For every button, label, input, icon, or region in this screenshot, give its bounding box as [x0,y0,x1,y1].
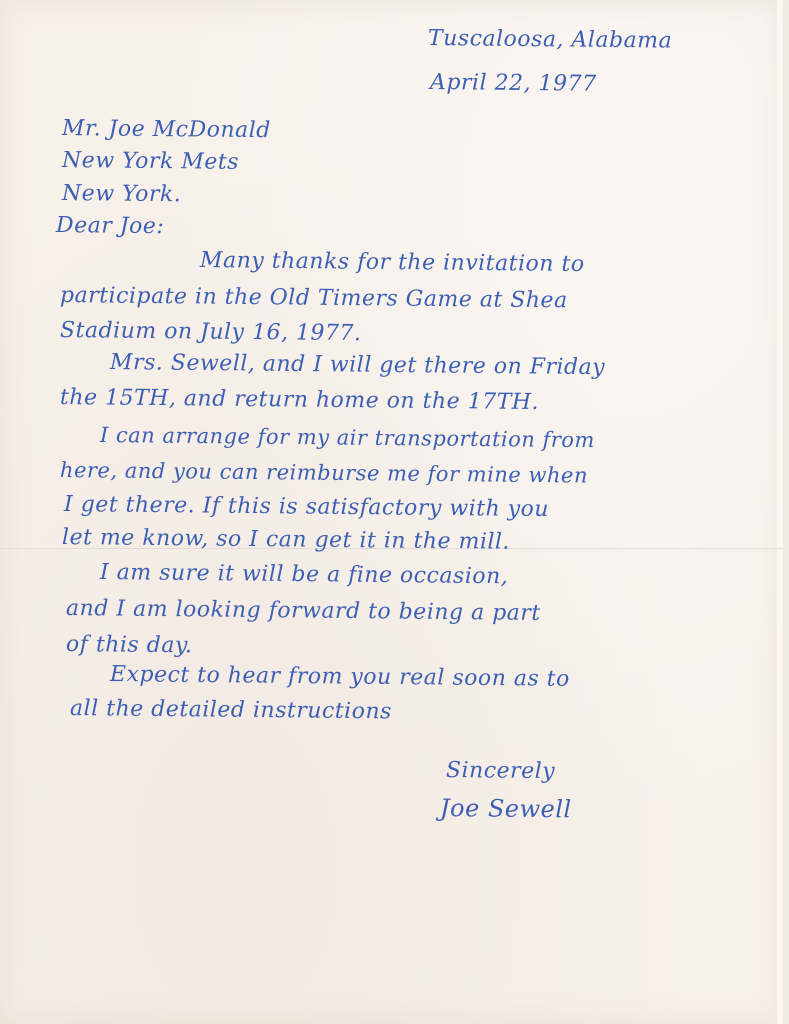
body-line: I get there. If this is satisfactory wit… [64,494,549,521]
salutation: Dear Joe: [56,215,165,238]
body-line: Stadium on July 16, 1977. [60,320,362,345]
body-line: of this day. [66,634,193,657]
body-line: I am sure it will be a fine occasion, [100,562,508,588]
recipient-name: Mr. Joe McDonald [62,118,271,142]
signature: Joe Sewell [440,796,572,821]
heading-place: Tuscaloosa, Alabama [428,28,672,53]
body-line: I can arrange for my air transportation … [100,425,595,451]
body-line: all the detailed instructions [70,698,392,723]
body-line: participate in the Old Timers Game at Sh… [60,285,568,312]
heading-date: April 22, 1977 [430,72,597,96]
body-line: let me know, so I can get it in the mill… [62,527,510,554]
body-line: Expect to hear from you real soon as to [110,664,570,691]
letter-page: Tuscaloosa, Alabama April 22, 1977 Mr. J… [0,0,783,1024]
closing: Sincerely [446,760,555,783]
recipient-city: New York. [62,183,182,206]
body-line: here, and you can reimburse me for mine … [60,460,588,487]
body-line: Many thanks for the invitation to [200,250,585,276]
recipient-org: New York Mets [62,150,239,174]
body-line: Mrs. Sewell, and I will get there on Fri… [110,352,605,379]
paper-edge [777,0,783,1024]
body-line: and I am looking forward to being a part [66,598,541,625]
body-line: the 15TH, and return home on the 17TH. [60,387,539,414]
